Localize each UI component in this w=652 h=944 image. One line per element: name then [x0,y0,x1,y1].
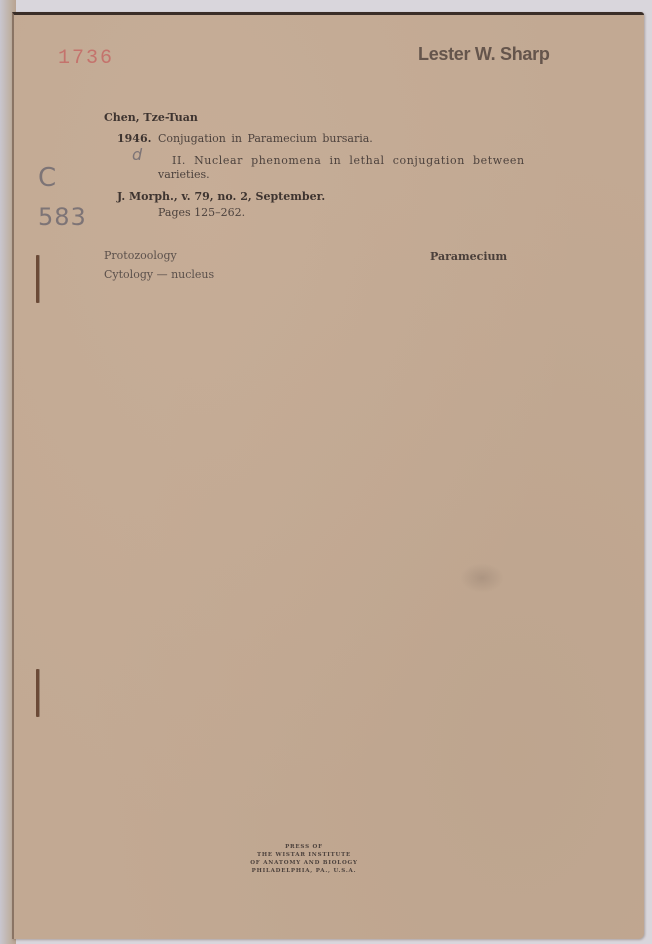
subject-secondary: Cytology — nucleus [104,268,214,281]
publisher-line-2: THE WISTAR INSTITUTE [214,851,394,859]
publisher-line-4: PHILADELPHIA, PA., U.S.A. [214,867,394,875]
handwritten-mark-d: d [132,145,142,164]
title-line-1: Conjugation in Paramecium bursaria. [158,132,373,145]
title-line-2: II. Nuclear phenomena in lethal conjugat… [172,154,525,167]
document-cover: 1736 Lester W. Sharp Chen, Tze-Tuan 1946… [12,12,644,939]
owner-stamp: Lester W. Sharp [418,44,550,65]
publisher-line-3: OF ANATOMY AND BIOLOGY [214,859,394,867]
journal-citation: J. Morph., v. 79, no. 2, September. [117,190,325,203]
staple-icon [36,669,39,717]
subject-organism: Paramecium [430,250,507,263]
title-line-3: varieties. [158,168,210,181]
publisher-imprint: PRESS OF THE WISTAR INSTITUTE OF ANATOMY… [214,843,394,875]
author-name: Chen, Tze-Tuan [104,111,198,124]
staple-icon [36,255,39,303]
handwritten-call-number: 583 [38,203,87,231]
publisher-line-1: PRESS OF [214,843,394,851]
handwritten-mark-c: C [38,163,56,193]
page-range: Pages 125–262. [158,206,245,219]
subject-primary: Protozoology [104,249,177,262]
paper-smudge [460,563,504,593]
catalog-number-stamp: 1736 [58,47,114,70]
publication-year: 1946. [117,132,151,145]
